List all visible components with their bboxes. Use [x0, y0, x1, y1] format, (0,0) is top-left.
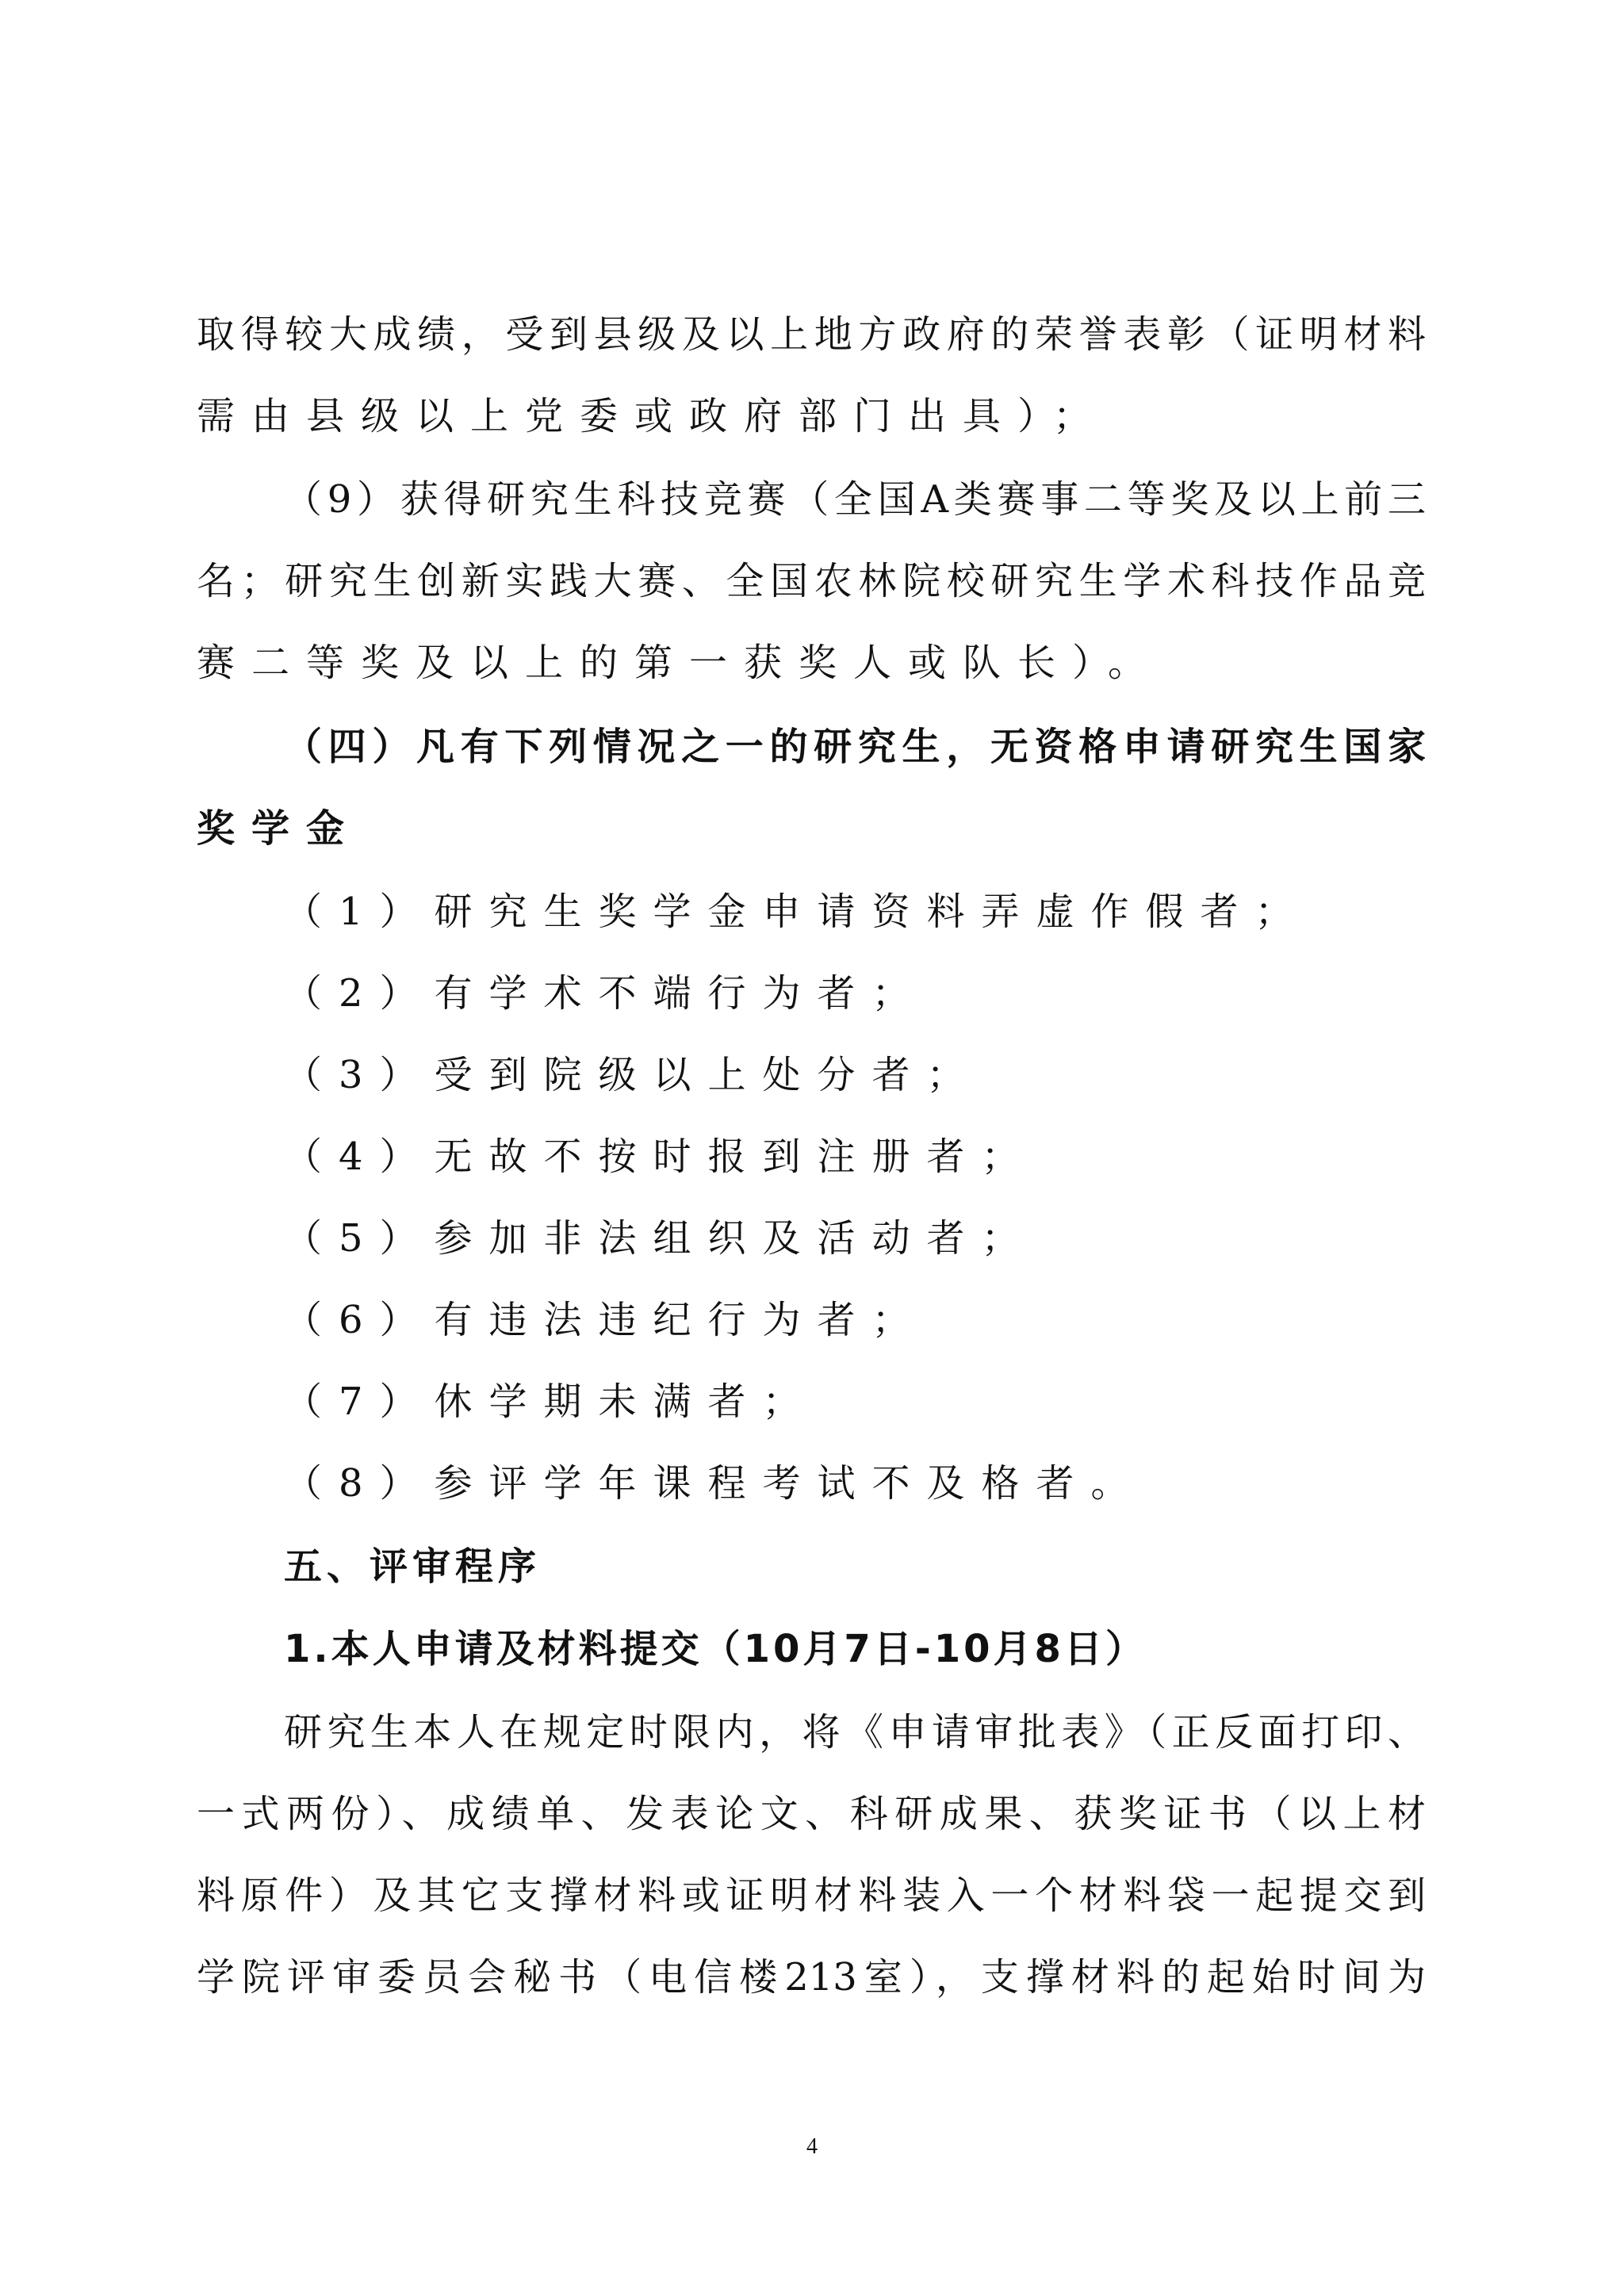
- body-text-line: 学院评审委员会秘书（电信楼213室），支撑材料的起始时间为: [197, 1954, 1426, 2001]
- body-text-line: 需由县级以上党委或政府部门出具）；: [197, 392, 1426, 440]
- list-item: （5）参加非法组织及活动者；: [284, 1215, 1513, 1262]
- section-heading: 五、评审程序: [284, 1543, 1513, 1590]
- list-item: （3）受到院级以上处分者；: [284, 1051, 1513, 1099]
- body-text-line: 料原件）及其它支撑材料或证明材料装入一个材料袋一起提交到: [197, 1872, 1426, 1919]
- document-page: 取得较大成绩，受到县级及以上地方政府的荣誉表彰（证明材料 需由县级以上党委或政府…: [0, 0, 1624, 2296]
- body-text-line: 取得较大成绩，受到县级及以上地方政府的荣誉表彰（证明材料: [197, 311, 1426, 358]
- list-item: （4）无故不按时报到注册者；: [284, 1133, 1513, 1181]
- subheading-disqualification-cont: 奖学金: [197, 805, 1426, 852]
- list-item: （2）有学术不端行为者；: [284, 970, 1513, 1017]
- body-text-line: 一式两份）、成绩单、发表论文、科研成果、获奖证书（以上材: [197, 1790, 1426, 1838]
- subheading-disqualification: （四）凡有下列情况之一的研究生，无资格申请研究生国家: [284, 723, 1426, 771]
- body-text-line: 赛二等奖及以上的第一获奖人或队长）。: [197, 639, 1426, 687]
- body-text-line: 名；研究生创新实践大赛、全国农林院校研究生学术科技作品竞: [197, 557, 1426, 605]
- list-item: （6）有违法违纪行为者；: [284, 1296, 1513, 1344]
- body-text-line: 研究生本人在规定时限内，将《申请审批表》（正反面打印、: [284, 1709, 1426, 1756]
- page-number: 4: [796, 2134, 828, 2160]
- body-text-line: （9）获得研究生科技竞赛（全国A类赛事二等奖及以上前三: [284, 476, 1426, 523]
- subsection-heading: 1.本人申请及材料提交（10月7日-10月8日）: [284, 1625, 1513, 1673]
- list-item: （8）参评学年课程考试不及格者。: [284, 1460, 1513, 1507]
- list-item: （7）休学期未满者；: [284, 1378, 1513, 1425]
- list-item: （1）研究生奖学金申请资料弄虚作假者；: [284, 888, 1513, 936]
